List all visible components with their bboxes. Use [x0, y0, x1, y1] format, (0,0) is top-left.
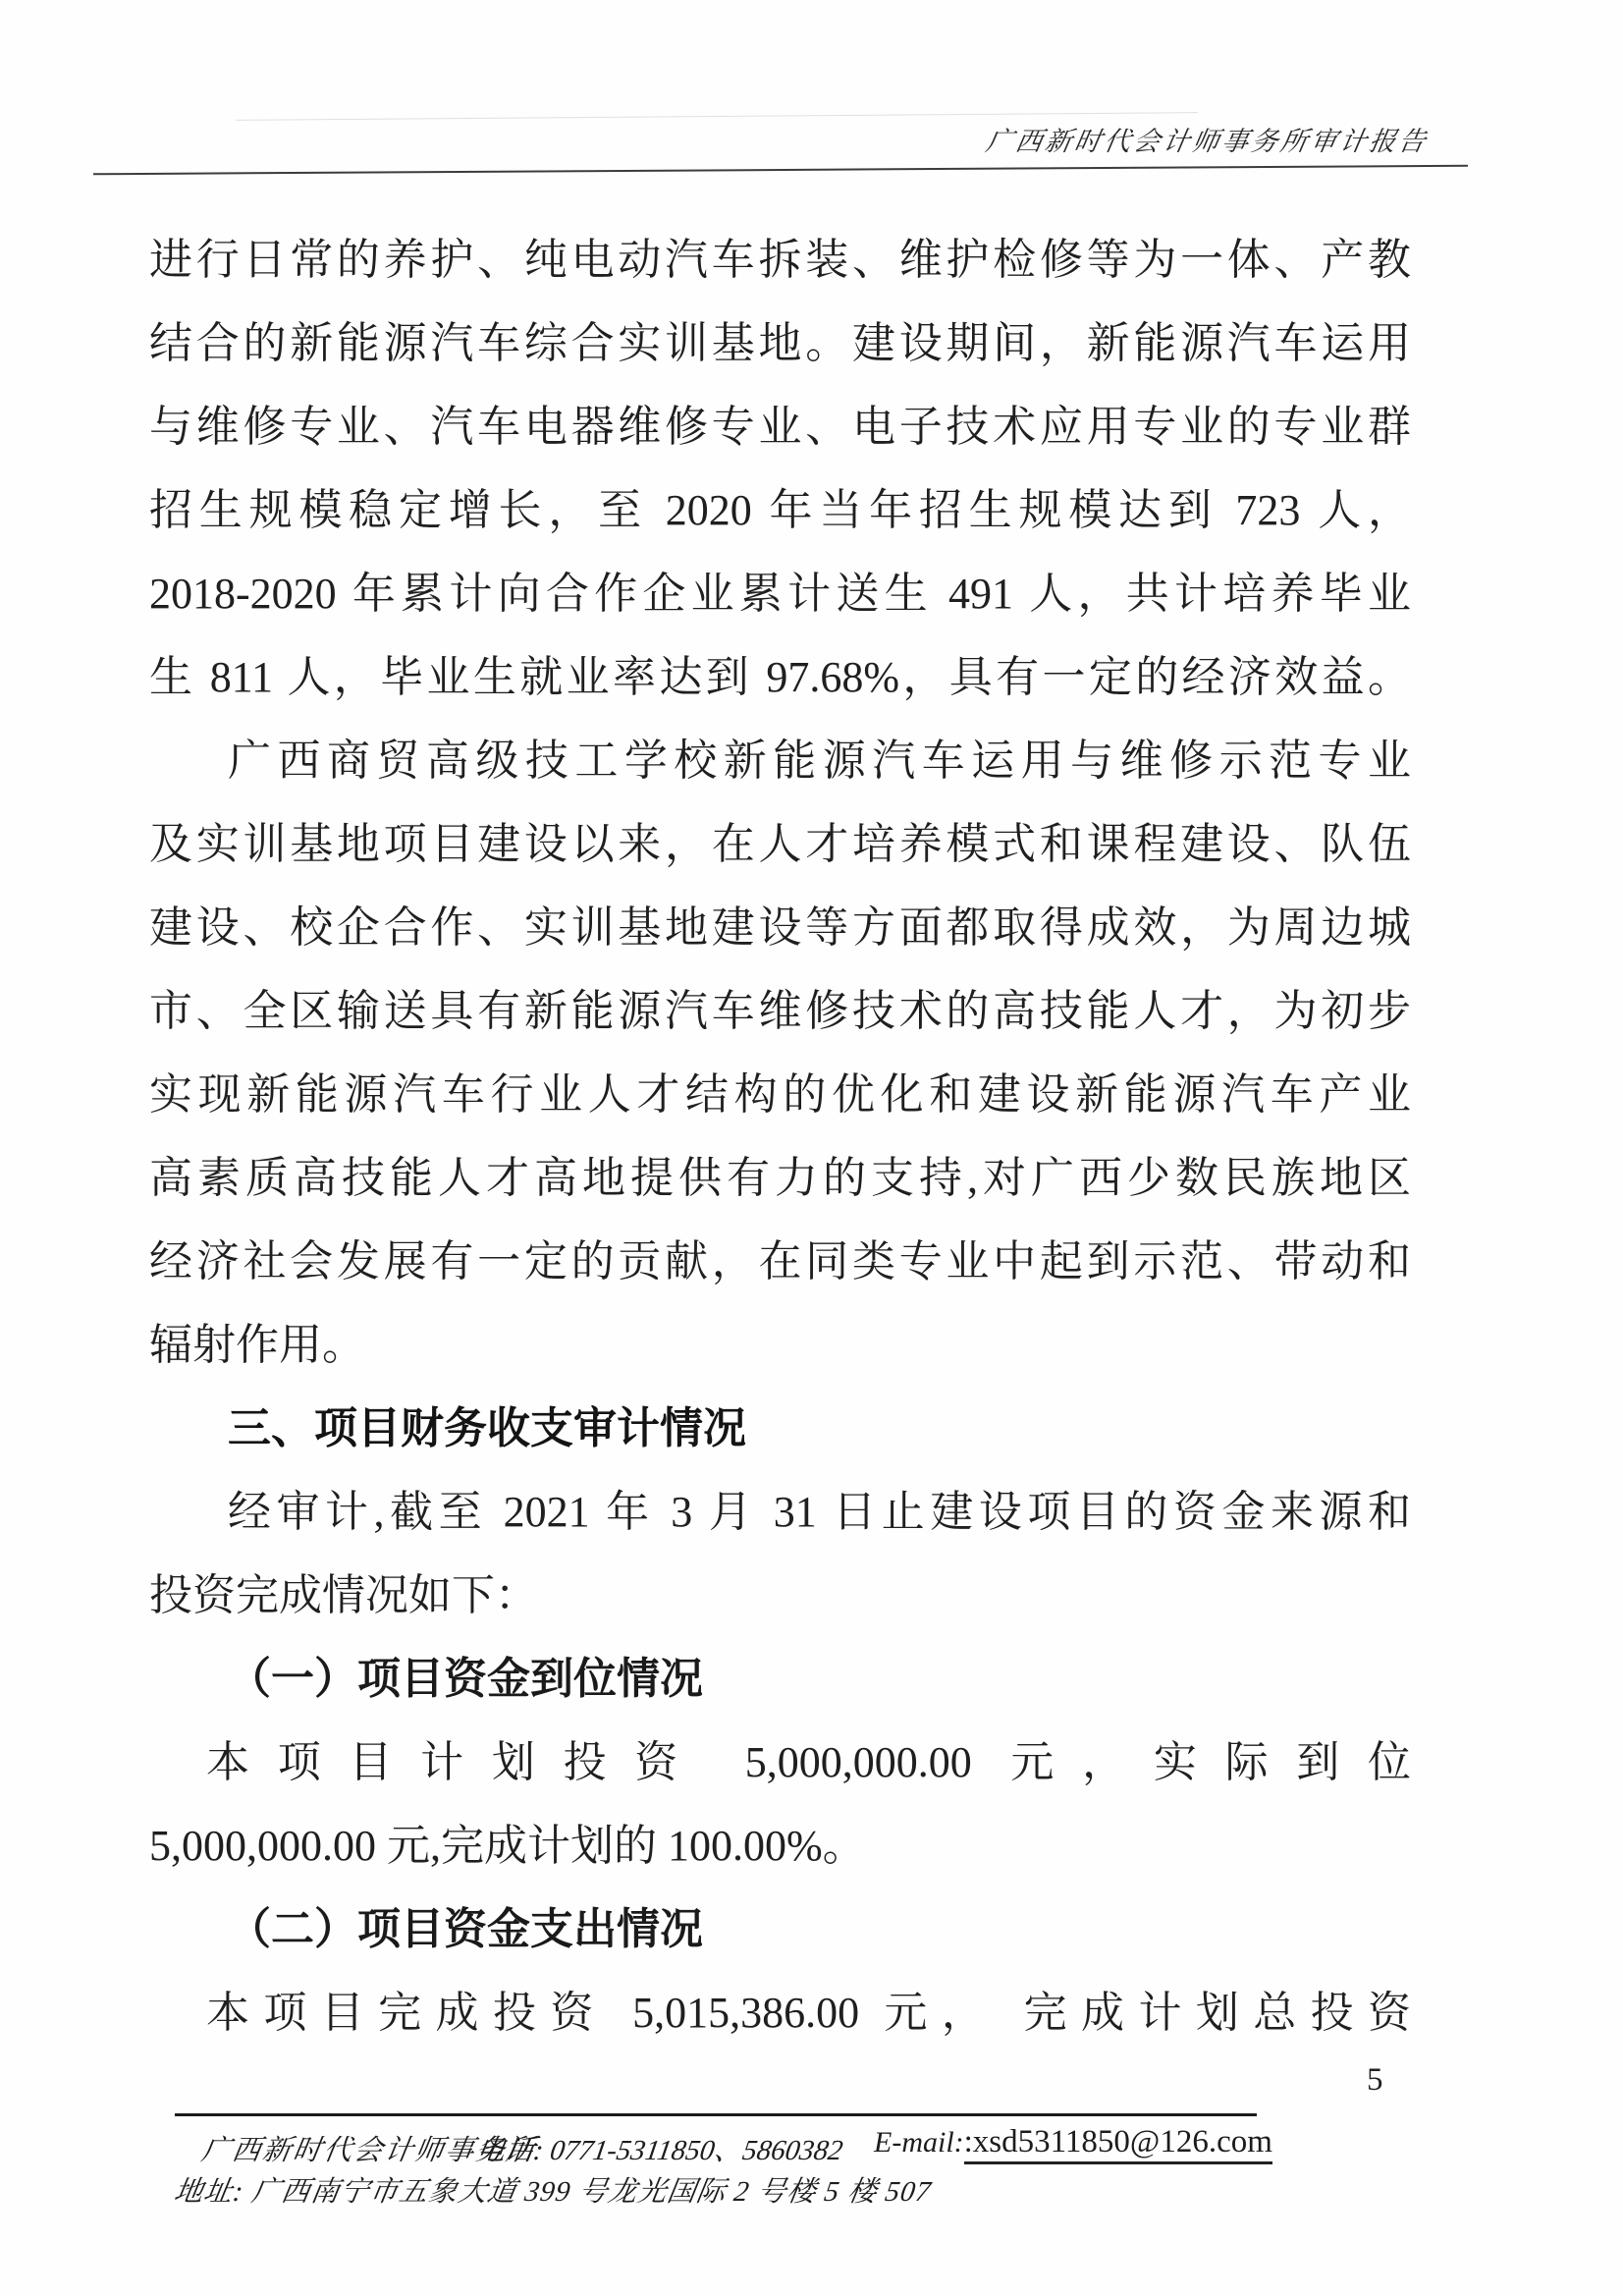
body-line: 市、全区输送具有新能源汽车维修技术的高技能人才，为初步	[149, 969, 1411, 1053]
footer-phone: 电话: 0771-5311850、5860382	[474, 2128, 846, 2168]
body-line: 生 811 人，毕业生就业率达到 97.68%，具有一定的经济效益。	[149, 635, 1411, 719]
header-rule	[93, 165, 1468, 176]
document-body: 进行日常的养护、纯电动汽车拆装、维护检修等为一体、产教 结合的新能源汽车综合实训…	[149, 218, 1411, 2054]
footer-email-label: E-mail:	[874, 2126, 964, 2159]
body-line: 经济社会发展有一定的贡献，在同类专业中起到示范、带动和	[149, 1220, 1411, 1303]
body-line: 实现新能源汽车行业人才结构的优化和建设新能源汽车产业	[149, 1053, 1411, 1136]
footer-email-address: :xsd5311850@126.com	[964, 2124, 1272, 2164]
body-line: 结合的新能源汽车综合实训基地。建设期间，新能源汽车运用	[149, 301, 1411, 385]
body-line: 2018-2020 年累计向合作企业累计送生 491 人，共计培养毕业	[149, 552, 1411, 635]
body-line: 高素质高技能人才高地提供有力的支持,对广西少数民族地区	[149, 1136, 1411, 1220]
body-line paragraph-start: 本项目完成投资 5,015,386.00 元， 完成计划总投资	[149, 1971, 1411, 2054]
footer-address: 地址: 广西南宁市五象大道 399 号龙光国际 2 号楼 5 楼 507	[172, 2169, 935, 2210]
body-line paragraph-start: 广西商贸高级技工学校新能源汽车运用与维修示范专业	[149, 719, 1411, 802]
section-heading-three: 三、项目财务收支审计情况	[149, 1387, 1411, 1470]
body-line: 5,000,000.00 元,完成计划的 100.00%。	[149, 1804, 1411, 1887]
body-line: 招生规模稳定增长，至 2020 年当年招生规模达到 723 人，	[149, 468, 1411, 552]
footer-email: E-mail::xsd5311850@126.com	[874, 2124, 1272, 2160]
body-line: 与维修专业、汽车电器维修专业、电子技术应用专业的专业群	[149, 385, 1411, 468]
footer-phone-label: 电话:	[474, 2135, 546, 2166]
subsection-heading-two: （二）项目资金支出情况	[149, 1887, 1411, 1971]
footer-phone-numbers: 0771-5311850、5860382	[548, 2135, 845, 2166]
header-report-title: 广西新时代会计师事务所审计报告	[984, 120, 1433, 158]
document-page: 广西新时代会计师事务所审计报告 进行日常的养护、纯电动汽车拆装、维护检修等为一体…	[0, 0, 1623, 2296]
footer-rule	[175, 2113, 1257, 2116]
body-line: 及实训基地项目建设以来，在人才培养模式和课程建设、队伍	[149, 802, 1411, 886]
subsection-heading-one: （一）项目资金到位情况	[149, 1637, 1411, 1721]
body-line paragraph-start: 经审计,截至 2021 年 3 月 31 日止建设项目的资金来源和	[149, 1470, 1411, 1554]
body-line paragraph-end: 辐射作用。	[149, 1303, 1411, 1387]
page-number: 5	[1367, 2062, 1383, 2099]
body-line: 进行日常的养护、纯电动汽车拆装、维护检修等为一体、产教	[149, 218, 1411, 301]
footer-address-label: 地址:	[172, 2176, 246, 2208]
body-line: 建设、校企合作、实训基地建设等方面都取得成效，为周边城	[149, 886, 1411, 969]
footer-address-value: 广西南宁市五象大道 399 号龙光国际 2 号楼 5 楼 507	[249, 2176, 934, 2208]
document-footer: 广西新时代会计师事务所 电话: 0771-5311850、5860382 E-m…	[175, 2124, 1441, 2222]
body-line paragraph-start: 本项目计划投资 5,000,000.00 元，实际到位	[149, 1721, 1411, 1804]
body-line: 投资完成情况如下：	[149, 1554, 1411, 1637]
